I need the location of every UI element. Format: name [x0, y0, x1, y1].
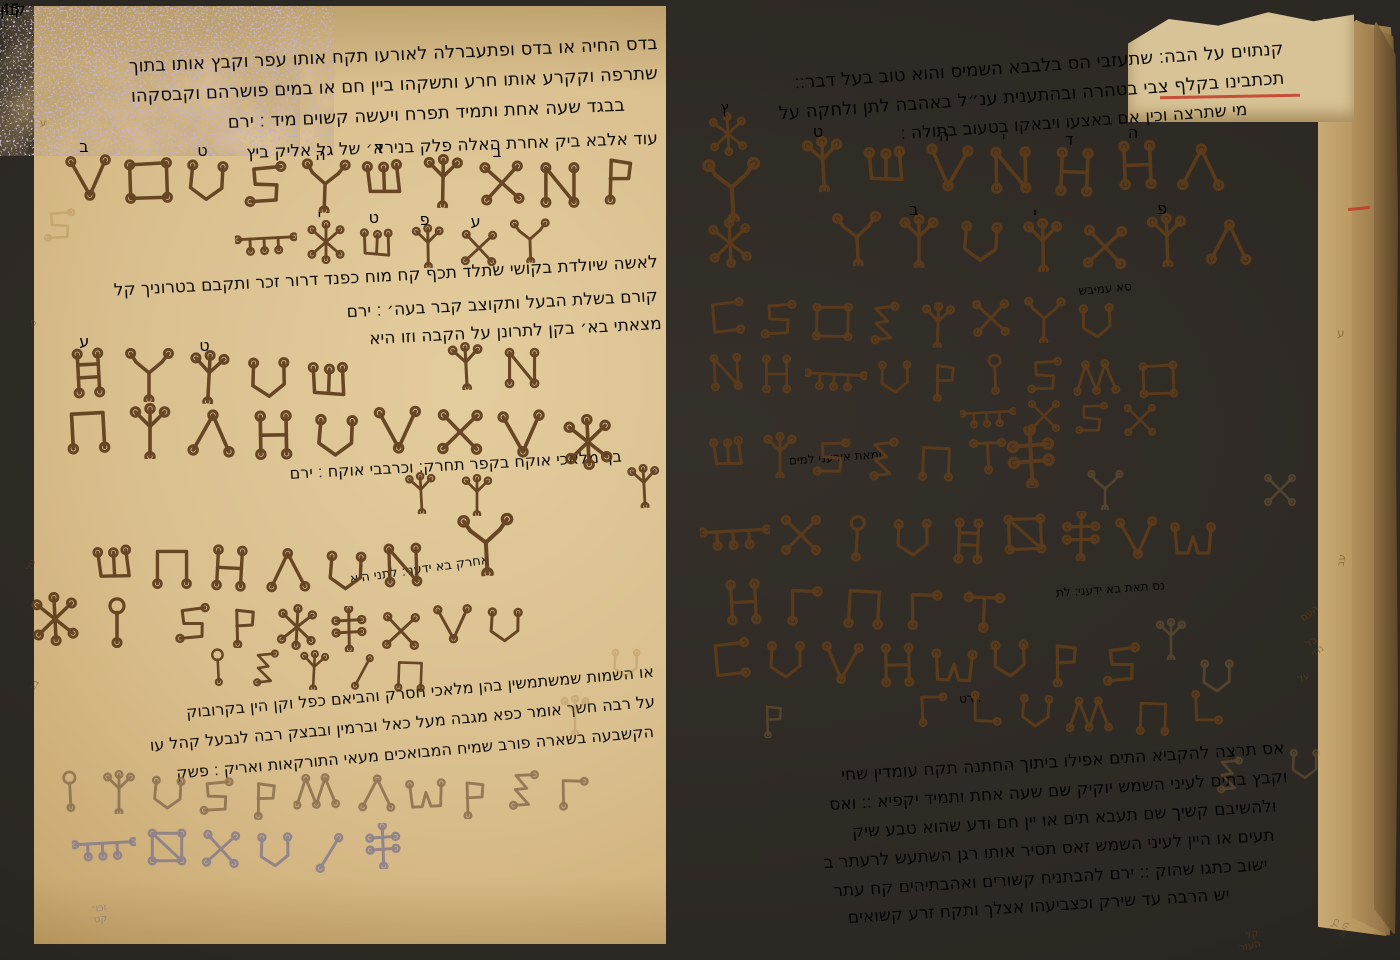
ink-blot: [1303, 139, 1313, 149]
sigil-glyph-sq: [1136, 357, 1180, 401]
sigil-glyph-hh: [1046, 143, 1104, 201]
sigil-glyph-psi: [757, 432, 803, 478]
sigil-glyph-hookP: [1041, 637, 1092, 688]
sigil-glyph-psi: [1016, 218, 1071, 273]
sigil-glyph-xx: [1077, 219, 1133, 275]
sigil-glyph-zz-ghost: [1210, 755, 1250, 795]
sigil-glyph-ladder: [61, 345, 118, 402]
sigil-label: ה: [1128, 123, 1138, 142]
sigil-glyph-sq: [121, 153, 175, 207]
sigil-glyph-qq: [972, 350, 1018, 396]
manuscript-photo: בדס החיה או בדס ופתעברלה לאורעו תקח אותו…: [0, 0, 1400, 960]
sigil-glyph-dblbar: [998, 424, 1063, 489]
sigil-glyph-xx: [967, 294, 1015, 342]
sigil-label: י: [1033, 204, 1037, 223]
sigil-glyph-qq: [47, 767, 93, 813]
margin-note: קנין: [0, 0, 26, 19]
sigil-glyph-uu: [872, 356, 917, 401]
sigil-glyph-xx: [474, 155, 531, 212]
sigil-glyph-en: [377, 538, 431, 592]
sigil-glyph-po: [389, 653, 430, 694]
sigil-glyph-en: [704, 349, 750, 395]
sigil-glyph-star: [304, 220, 348, 264]
marginal-scribble: על: [1296, 670, 1312, 686]
sigil-glyph-po: [146, 540, 198, 592]
sigil-glyph-xx: [432, 404, 489, 461]
sigil-glyph-sq: [808, 297, 856, 345]
sigil-label: ט: [197, 141, 207, 160]
sigil-label: פ: [1157, 199, 1167, 218]
sigil-glyph-vee: [816, 637, 869, 690]
sigil-glyph-ess-ghost: [40, 205, 80, 245]
sigil-glyph-slash: [306, 829, 354, 877]
sigil-glyph-xx-ghost: [1260, 470, 1300, 510]
sigil-glyph-po: [837, 579, 892, 634]
sigil-glyph-star: [705, 111, 751, 157]
sigil-glyph-qq: [831, 511, 884, 564]
marginal-scribble: העם: [1299, 603, 1321, 624]
sigil-glyph-star: [273, 603, 321, 651]
sigil-label: ד: [1065, 130, 1074, 149]
sigil-glyph-uu-ghost: [1195, 655, 1239, 699]
sigil-glyph-comb: [699, 506, 772, 560]
sigil-glyph-hookP: [592, 150, 649, 207]
sigil-glyph-uu: [984, 634, 1036, 686]
sigil-glyph-zz: [862, 300, 909, 347]
sigil-glyph-star: [559, 413, 618, 472]
sigil-glyph-brY: [698, 156, 765, 223]
sigil-glyph-psi: [122, 403, 178, 459]
sigil-glyph-po: [1130, 693, 1176, 739]
sigil-glyph-psi: [456, 474, 498, 516]
sigil-glyph-uu: [888, 514, 939, 565]
sigil-glyph-ess: [195, 774, 240, 819]
sigil-glyph-uu: [242, 352, 297, 407]
sigil-glyph-ess: [1096, 638, 1149, 691]
sigil-glyph-brY: [829, 211, 886, 268]
sigil-glyph-gam: [909, 685, 955, 731]
marginal-scribble: עב: [1336, 554, 1349, 568]
sigil-glyph-zz: [246, 648, 286, 688]
sigil-label: ץ: [720, 98, 729, 117]
sigil-glyph-vee: [429, 600, 477, 648]
sigil-glyph-brY-ghost: [1085, 470, 1125, 510]
sigil-glyph-shin: [301, 353, 357, 409]
sigil-glyph-dblbar: [1056, 511, 1107, 562]
sigil-glyph-boxX: [144, 824, 190, 870]
sigil-glyph-ess: [1022, 353, 1067, 398]
sigil-glyph-ladder: [943, 515, 995, 567]
sigil-glyph-lam: [183, 404, 242, 463]
sigil-glyph-ww: [1168, 515, 1218, 565]
sigil-glyph-shin: [353, 221, 399, 267]
sigil-glyph-hh: [1109, 136, 1167, 194]
sigil-glyph-dblbar: [360, 822, 408, 870]
sigil-glyph-qq: [90, 594, 144, 648]
sigil-label: ד: [374, 138, 383, 157]
sigil-glyph-uu: [953, 215, 1010, 272]
sigil-glyph-psi-ghost: [555, 695, 595, 735]
sigil-glyph-ess: [808, 433, 856, 481]
sigil-label: ע: [471, 212, 481, 231]
marginal-scribble: וכו׳ קט: [91, 902, 108, 925]
fore-edge-leaf-stack-inner: [1374, 18, 1398, 936]
sigil-label: ב: [492, 142, 501, 161]
sigil-glyph-star: [27, 591, 84, 648]
sigil-label: ב: [79, 137, 88, 156]
sigil-glyph-brY: [453, 512, 518, 577]
sigil-glyph-zz: [501, 767, 547, 813]
sigil-glyph-uu: [307, 408, 365, 466]
sigil-glyph-ess: [1071, 397, 1113, 439]
sigil-glyph-hh: [246, 407, 303, 464]
sigil-glyph-hookP: [453, 775, 497, 819]
sigil-label: ט: [813, 122, 823, 141]
sigil-glyph-en: [499, 344, 547, 392]
sigil-glyph-star: [704, 217, 757, 270]
sigil-glyph-psi: [621, 463, 667, 509]
sigil-glyph-shin: [87, 537, 142, 592]
marginal-scribble: ע: [40, 118, 46, 129]
sigil-glyph-boxX: [999, 508, 1051, 560]
sigil-glyph-psi: [1139, 212, 1195, 268]
sigil-glyph-psi: [97, 770, 141, 814]
sigil-glyph-hh: [717, 575, 772, 630]
sigil-glyph-brY: [1021, 297, 1068, 344]
manuscript-text-line: נס תאת בא ידעני׃ לת: [1000, 578, 1166, 603]
sigil-glyph-hh: [203, 541, 258, 596]
sigil-glyph-hookP-ghost: [755, 700, 793, 738]
sigil-glyph-ess: [239, 157, 294, 212]
sigil-glyph-gam: [898, 582, 951, 635]
sigil-glyph-uu: [252, 828, 299, 875]
sigil-glyph-zz: [861, 436, 908, 483]
sigil-glyph-lam: [355, 771, 400, 816]
sigil-glyph-ess: [756, 296, 802, 342]
sigil-label: ה: [939, 126, 949, 145]
sigil-glyph-gam: [551, 770, 596, 815]
sigil-glyph-gam: [778, 578, 830, 630]
sigil-glyph-psi: [794, 135, 853, 194]
sigil-glyph-psi: [181, 349, 238, 406]
sigil-glyph-brY: [122, 348, 176, 402]
sigil-glyph-xx: [377, 607, 425, 655]
sigil-glyph-uu: [145, 771, 191, 817]
ink-blot: [11, 797, 18, 804]
ink-blot: [1212, 48, 1221, 57]
sigil-glyph-uu: [761, 636, 811, 686]
sigil-label: י: [318, 206, 322, 225]
sigil-glyph-psi: [399, 471, 443, 515]
sigil-glyph-uu-ghost: [607, 645, 645, 683]
sigil-label: ט: [369, 208, 379, 227]
sigil-glyph-mm: [1066, 692, 1124, 737]
sigil-glyph-brY: [507, 218, 553, 264]
sigil-glyph-uu: [482, 603, 529, 650]
sigil-glyph-lam: [1173, 139, 1230, 196]
sigil-label: ב: [909, 200, 918, 219]
sigil-glyph-dblbar: [326, 606, 373, 653]
sigil-glyph-lam: [1202, 215, 1257, 270]
sigil-glyph-psi: [892, 214, 946, 268]
sigil-glyph-vee: [493, 405, 552, 464]
sigil-glyph-shin: [704, 429, 752, 477]
sigil-glyph-uu-ghost: [1285, 745, 1325, 785]
sigil-glyph-ww: [403, 772, 449, 818]
sigil-glyph-po: [59, 400, 118, 459]
sigil-glyph-vee: [369, 401, 427, 459]
sigil-glyph-xx: [456, 225, 502, 271]
sigil-glyph-po: [912, 437, 960, 485]
sigil-label: י: [1002, 128, 1006, 147]
marginal-scribble: ע: [1337, 326, 1345, 340]
sigil-glyph-vee: [61, 150, 118, 207]
sigil-glyph-vee: [1111, 512, 1164, 565]
sigil-label: ט: [199, 336, 209, 355]
sigil-glyph-xx: [197, 825, 245, 873]
sigil-glyph-vee: [920, 139, 979, 198]
sigil-glyph-en: [534, 158, 588, 212]
sigil-glyph-uu: [319, 545, 373, 599]
sigil-glyph-uu: [1013, 689, 1059, 735]
sigil-glyph-hh: [755, 352, 799, 396]
sigil-glyph-psi: [405, 224, 450, 269]
sigil-glyph-qq: [197, 645, 239, 687]
sigil-glyph-xx: [776, 510, 826, 560]
sigil-glyph-uu: [1073, 298, 1121, 346]
sigil-glyph-sqo: [704, 633, 757, 686]
sigil-glyph-uu: [179, 154, 236, 211]
sigil-glyph-hookP: [243, 775, 289, 821]
sigil-glyph-lam: [262, 544, 315, 597]
sigil-label: ע: [79, 332, 89, 351]
sigil-glyph-comb: [71, 820, 138, 869]
sigil-glyph-hh: [873, 640, 924, 691]
sigil-glyph-psi: [416, 154, 471, 209]
sigil-glyph-xx: [1120, 400, 1161, 441]
sigil-glyph-slash: [342, 652, 383, 693]
sigil-glyph-hookP: [222, 602, 268, 648]
marginal-scribble: פ: [30, 318, 36, 329]
sigil-label: פ: [420, 210, 430, 229]
sigil-glyph-mm: [1071, 354, 1130, 401]
sigil-glyph-ess: [169, 599, 217, 647]
sigil-label: ה: [315, 145, 325, 164]
sigil-glyph-en: [984, 142, 1041, 199]
sigil-glyph-tee: [957, 583, 1011, 637]
blue-pencil-underline: [1040, 602, 1182, 606]
sigil-glyph-shin: [356, 151, 412, 207]
sigil-glyph-psi: [914, 301, 962, 349]
sigil-glyph-psi: [293, 649, 335, 691]
sigil-glyph-psi: [441, 341, 491, 391]
sigil-glyph-psi-ghost: [1150, 618, 1192, 660]
marginal-scribble: קל העזר: [1236, 928, 1262, 954]
sigil-glyph-ell: [962, 688, 1006, 732]
sigil-glyph-sqo: [702, 293, 750, 341]
sigil-glyph-comb: [234, 216, 298, 263]
sigil-glyph-shin: [858, 138, 914, 194]
sigil-glyph-brY: [297, 158, 353, 214]
sigil-glyph-comb: [804, 352, 868, 399]
sigil-glyph-mm: [292, 768, 351, 814]
